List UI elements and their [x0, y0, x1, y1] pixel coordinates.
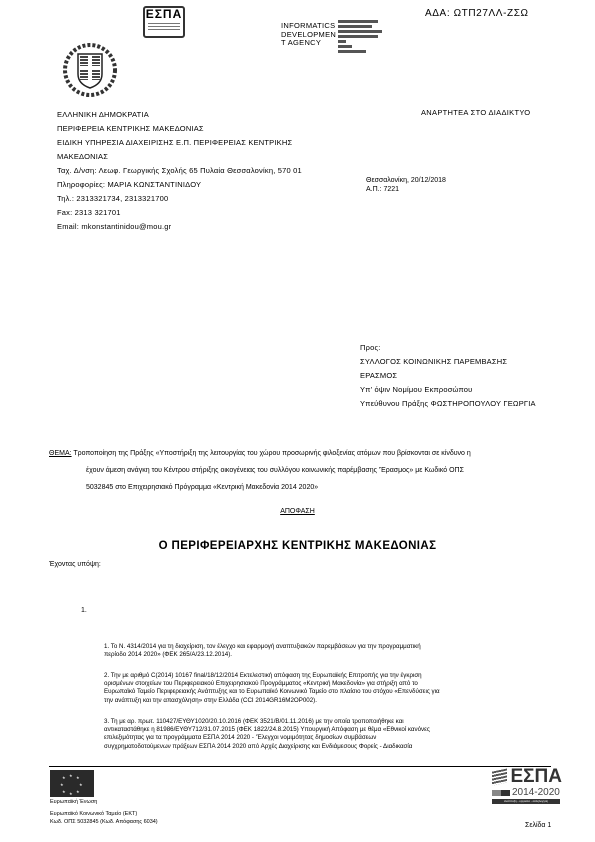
sender-line: ΜΑΚΕΔΟΝΙΑΣ [57, 150, 302, 164]
recipient-line: Προς: [360, 341, 536, 355]
espa-years: 2014-2020 [512, 787, 560, 798]
list-item-line: 3. Τη με αρ. πρωτ. 110427/ΕΥΘΥ1020/20.10… [104, 718, 574, 726]
espa-stamp-lines [148, 21, 180, 31]
gr-eu-flags-icon [492, 790, 510, 796]
list-item-line: περίοδο 2014 2020» (ΦΕΚ 265/Α/23.12.2014… [104, 651, 574, 659]
list-item-line: συγχρηματοδοτούμενων πράξεων ΕΣΠΑ 2014 2… [104, 743, 574, 751]
subject-label: ΘΕΜΑ: [49, 450, 72, 457]
subject-text: Τροποποίηση της Πράξης «Υποστήριξη της λ… [73, 450, 470, 457]
sender-phone: Τηλ.: 2313321734, 2313321700 [57, 192, 302, 206]
recipient-line: ΕΡΑΣΜΟΣ [360, 369, 536, 383]
informatics-agency-label: INFORMATICS DEVELOPMEN T AGENCY [281, 22, 336, 48]
recipient-line: Υπεύθυνου Πράξης ΦΩΣΤΗΡΟΠΟΥΛΟΥ ΓΕΩΡΓΙΑ [360, 397, 536, 411]
espa-waves-icon [492, 768, 507, 785]
list-item-line: 2. Την με αριθμό C(2014) 10167 final/18/… [104, 672, 574, 680]
page-number: Σελίδα 1 [525, 822, 551, 829]
recipient-line: ΣΥΛΛΟΓΟΣ ΚΟΙΝΩΝΙΚΗΣ ΠΑΡΕΜΒΑΣΗΣ [360, 355, 536, 369]
sender-address: Ταχ. Δ/νση: Λεωφ. Γεωργικής Σχολής 65 Πυ… [57, 164, 302, 178]
considering-label: Έχοντας υπόψη: [49, 561, 101, 568]
sender-line: ΕΛΛΗΝΙΚΗ ΔΗΜΟΚΡΑΤΙΑ [57, 108, 302, 122]
sender-line: ΠΕΡΙΦΕΡΕΙΑ ΚΕΝΤΡΙΚΗΣ ΜΑΚΕΔΟΝΙΑΣ [57, 122, 302, 136]
city-date: Θεσσαλονίκη, 20/12/2018 [366, 176, 446, 185]
subject-block: ΘΕΜΑ: Τροποποίηση της Πράξης «Υποστήριξη… [49, 445, 569, 496]
list-item: 1. Το Ν. 4314/2014 για τη διαχείριση, το… [104, 643, 574, 659]
sender-email[interactable]: Email: mkonstantinidou@mou.gr [57, 220, 302, 234]
espa-logo-text: ΕΣΠΑ [510, 768, 562, 786]
footer-fund-info: Ευρωπαϊκό Κοινωνικό Ταμείο (ΕΚΤ) Κωδ. ΟΠ… [50, 810, 158, 826]
sender-fax: Fax: 2313 321701 [57, 206, 302, 220]
list-item-line: Ευρωπαϊκό Ταμείο Περιφερειακής Ανάπτυξης… [104, 688, 574, 696]
sender-block: ΕΛΛΗΝΙΚΗ ΔΗΜΟΚΡΑΤΙΑ ΠΕΡΙΦΕΡΕΙΑ ΚΕΝΤΡΙΚΗΣ… [57, 108, 302, 234]
decision-heading: ΑΠΟΦΑΣΗ [0, 508, 595, 515]
list-item: 2. Την με αριθμό C(2014) 10167 final/18/… [104, 672, 574, 705]
digital-signature-block [338, 20, 382, 53]
recipient-block: Προς: ΣΥΛΛΟΓΟΣ ΚΟΙΝΩΝΙΚΗΣ ΠΑΡΕΜΒΑΣΗΣ ΕΡΑ… [360, 341, 536, 411]
list-item-line: 1. Το Ν. 4314/2014 για τη διαχείριση, το… [104, 643, 574, 651]
protocol-number: Α.Π.: 7221 [366, 185, 446, 194]
greek-emblem-icon [60, 40, 120, 100]
list-item-line: την ανάπτυξη και την απασχόληση» στην Ελ… [104, 697, 574, 705]
fund-line: Ευρωπαϊκό Κοινωνικό Ταμείο (ΕΚΤ) [50, 810, 158, 818]
list-item-line: ορισμένων στοιχείων του Περιφερειακού Επ… [104, 680, 574, 688]
list-item-line: επιλεξιμότητας για τα προγράμματα ΕΣΠΑ 2… [104, 734, 574, 742]
recipient-line: Υπ' όψιν Νομίμου Εκπροσώπου [360, 383, 536, 397]
sender-contact-person: Πληροφορίες: ΜΑΡΙΑ ΚΩΝΣΤΑΝΤΙΝΙΔΟΥ [57, 178, 302, 192]
informatics-line-3: T AGENCY [281, 39, 336, 48]
subject-line-3: 5032845 στο Επιχειρησιακό Πρόγραμμα «Κεν… [49, 479, 569, 496]
subject-line-2: έχουν άμεση ανάγκη του Κέντρου στήριξης … [49, 462, 569, 479]
espa-2014-2020-logo: ΕΣΠΑ 2014-2020 ανάπτυξη - εργασία - αλλη… [492, 768, 562, 804]
espa-slogan: ανάπτυξη - εργασία - αλληλεγγύη [492, 799, 560, 804]
eu-flag-icon: ★★ ★★ ★★ ★★ [50, 770, 94, 797]
eu-label: Ευρωπαϊκή Ένωση [50, 799, 97, 805]
decision-title: Ο ΠΕΡΙΦΕΡΕΙΑΡΧΗΣ ΚΕΝΤΡΙΚΗΣ ΜΑΚΕΔΟΝΙΑΣ [0, 540, 595, 552]
posted-online-notice: ΑΝΑΡΤΗΤΕΑ ΣΤΟ ΔΙΑΔΙΚΤΥΟ [421, 108, 530, 117]
subject-line-1: ΘΕΜΑ: Τροποποίηση της Πράξης «Υποστήριξη… [49, 445, 569, 462]
espa-stamp-text: ΕΣΠΑ [145, 8, 183, 21]
code-line: Κωδ. ΟΠΣ 5032845 (Κωδ. Απόφασης 6034) [50, 818, 158, 826]
espa-stamp-logo: ΕΣΠΑ [143, 6, 185, 38]
list-item-line: αντικαταστάθηκε η 81986/ΕΥΘΥ712/31.07.20… [104, 726, 574, 734]
ada-code: ΑΔΑ: ΩΤΠ27ΛΛ-ΖΣΩ [425, 8, 529, 19]
date-block: Θεσσαλονίκη, 20/12/2018 Α.Π.: 7221 [366, 176, 446, 194]
sender-line: ΕΙΔΙΚΗ ΥΠΗΡΕΣΙΑ ΔΙΑΧΕΙΡΙΣΗΣ Ε.Π. ΠΕΡΙΦΕΡ… [57, 136, 302, 150]
section-number: 1. [81, 607, 87, 614]
footer-divider [49, 766, 551, 767]
list-item: 3. Τη με αρ. πρωτ. 110427/ΕΥΘΥ1020/20.10… [104, 718, 574, 751]
